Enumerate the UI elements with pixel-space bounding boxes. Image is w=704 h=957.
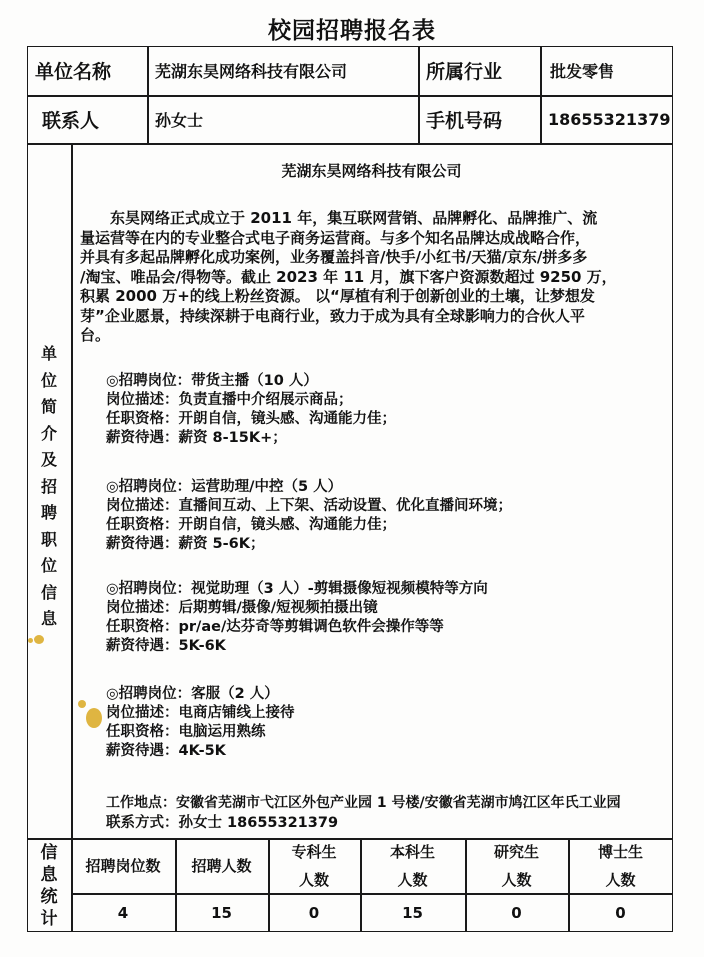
stain-mark [86, 708, 102, 728]
job-position: ◎招聘岗位：带货主播（10 人） [106, 372, 396, 391]
stats-side-label: 信 息 统 计 [27, 842, 71, 930]
stain-mark [34, 635, 44, 644]
stat-value-master: 0 [465, 893, 568, 932]
job-salary: 薪资待遇：薪资 8-15K+； [106, 429, 396, 448]
industry-value: 批发零售 [550, 46, 614, 95]
stat-value-doctorate: 0 [568, 893, 673, 932]
intro-side-label: 单 位 简 介 及 招 聘 职 位 信 息 [27, 341, 71, 633]
job-position: ◎招聘岗位：客服（2 人） [106, 685, 295, 704]
stat-value-positions: 4 [71, 893, 175, 932]
company-heading: 芜湖东昊网络科技有限公司 [71, 160, 672, 181]
job-salary: 薪资待遇：5K-6K [106, 637, 488, 656]
stain-mark [78, 700, 86, 708]
job-listing: ◎招聘岗位：客服（2 人） 岗位描述：电商店铺线上接待 任职资格：电脑运用熟练 … [106, 685, 295, 761]
job-description: 岗位描述：后期剪辑/摄像/短视频拍摄出镜 [106, 599, 488, 618]
phone-value: 18655321379 [548, 95, 670, 143]
stat-header-associate: 专科生人数 [268, 838, 360, 893]
divider [540, 46, 542, 143]
job-description: 岗位描述：直播间互动、上下架、活动设置、优化直播间环境； [106, 497, 512, 516]
stat-value-associate: 0 [268, 893, 360, 932]
job-salary: 薪资待遇：4K-5K [106, 742, 295, 761]
contact-value: 孙女士 [155, 95, 203, 143]
job-requirements: 任职资格：电脑运用熟练 [106, 723, 295, 742]
stat-header-bachelor: 本科生人数 [360, 838, 465, 893]
contact-info: 联系方式：孙女士 18655321379 [106, 814, 338, 833]
company-name-label: 单位名称 [35, 46, 111, 95]
industry-label: 所属行业 [426, 46, 502, 95]
form-title: 校园招聘报名表 [0, 12, 704, 45]
job-description: 岗位描述：电商店铺线上接待 [106, 704, 295, 723]
stat-value-bachelor: 15 [360, 893, 465, 932]
job-requirements: 任职资格：开朗自信，镜头感、沟通能力佳； [106, 516, 512, 535]
job-position: ◎招聘岗位：运营助理/中控（5 人） [106, 478, 512, 497]
job-position: ◎招聘岗位：视觉助理（3 人）-剪辑摄像短视频模特等方向 [106, 580, 488, 599]
job-listing: ◎招聘岗位：运营助理/中控（5 人） 岗位描述：直播间互动、上下架、活动设置、优… [106, 478, 512, 554]
phone-label: 手机号码 [426, 95, 502, 143]
company-intro-paragraph: 东昊网络正式成立于 2011 年，集互联网营销、品牌孵化、品牌推广、流 量运营等… [80, 209, 670, 346]
job-requirements: 任职资格：开朗自信，镜头感、沟通能力佳； [106, 410, 396, 429]
job-requirements: 任职资格：pr/ae/达芬奇等剪辑调色软件会操作等等 [106, 618, 488, 637]
stat-header-headcount: 招聘人数 [175, 838, 268, 893]
divider [147, 46, 149, 143]
stat-value-headcount: 15 [175, 893, 268, 932]
divider [71, 143, 73, 932]
work-location: 工作地点：安徽省芜湖市弋江区外包产业园 1 号楼/安徽省芜湖市鸠江区年氏工业园 [106, 794, 621, 813]
stat-header-positions: 招聘岗位数 [71, 838, 175, 893]
job-listing: ◎招聘岗位：视觉助理（3 人）-剪辑摄像短视频模特等方向 岗位描述：后期剪辑/摄… [106, 580, 488, 656]
divider [418, 46, 420, 143]
stat-header-doctorate: 博士生人数 [568, 838, 673, 893]
divider [27, 143, 673, 145]
contact-label: 联系人 [42, 95, 99, 143]
job-description: 岗位描述：负责直播中介绍展示商品； [106, 391, 396, 410]
job-listing: ◎招聘岗位：带货主播（10 人） 岗位描述：负责直播中介绍展示商品； 任职资格：… [106, 372, 396, 448]
stain-mark [28, 638, 33, 643]
stat-header-master: 研究生人数 [465, 838, 568, 893]
company-name-value: 芜湖东昊网络科技有限公司 [155, 46, 347, 95]
job-salary: 薪资待遇：薪资 5-6K； [106, 535, 512, 554]
